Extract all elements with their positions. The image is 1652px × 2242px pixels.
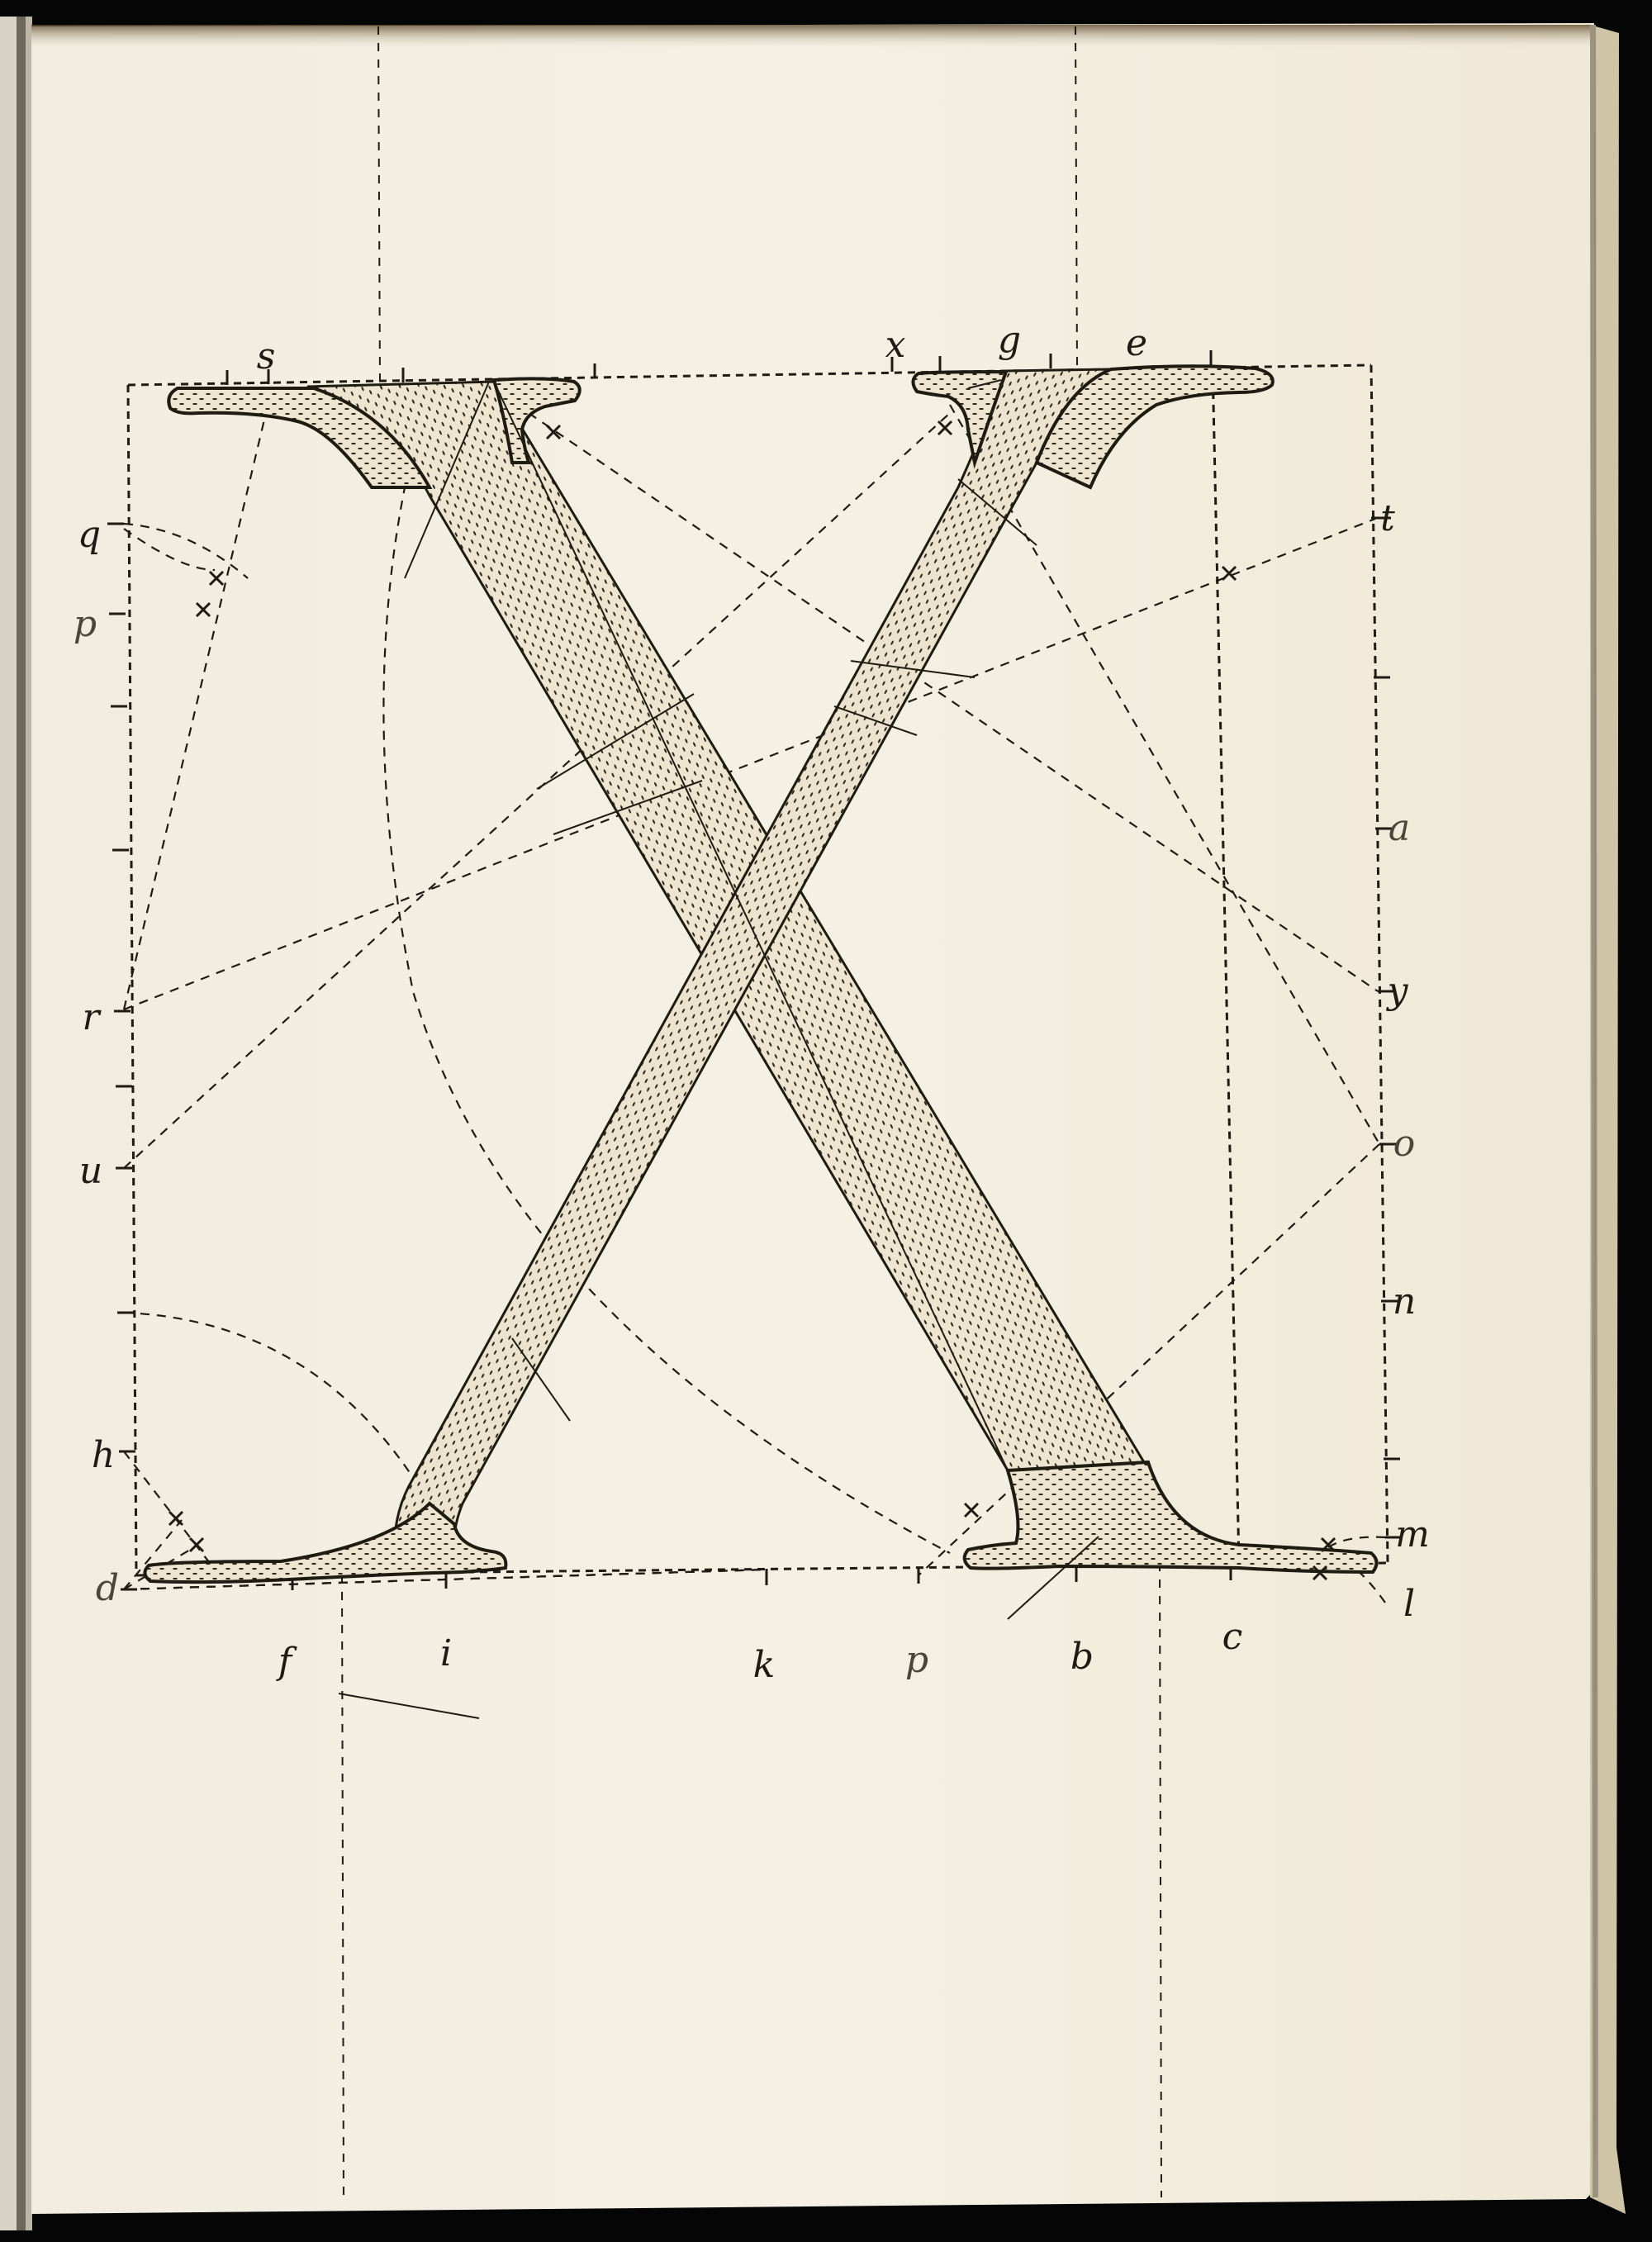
page-scan (0, 0, 1652, 2242)
book-gutter (0, 17, 32, 2230)
letter-x-construction-diagram (0, 0, 1652, 2242)
